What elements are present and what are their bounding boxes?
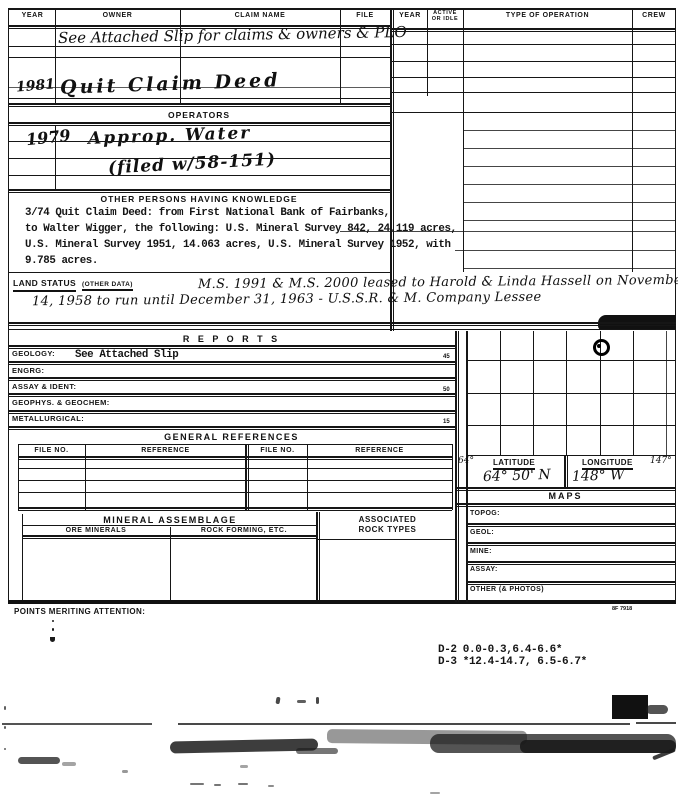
rule — [8, 87, 390, 88]
rule — [8, 103, 390, 107]
rule — [18, 456, 452, 460]
maps-row-label: OTHER (& PHOTOS) — [470, 586, 544, 594]
rule — [463, 130, 676, 131]
maps-row-label: TOPOG: — [470, 510, 500, 518]
marker-dot — [597, 344, 601, 348]
rule — [22, 514, 23, 602]
rule — [466, 425, 676, 426]
scan-artifact — [52, 628, 54, 631]
associated-rock-types-header: ASSOCIATED ROCK TYPES — [320, 515, 455, 536]
rule — [466, 455, 676, 456]
rule — [466, 523, 676, 527]
rule — [466, 581, 676, 585]
knowledge-typed-line: U.S. Mineral Survey 1951, 14.063 acres, … — [25, 239, 451, 251]
rule — [452, 444, 453, 510]
scan-artifact — [240, 765, 248, 768]
scan-artifact — [52, 620, 54, 622]
rule — [316, 512, 320, 602]
operation-col-crew: CREW — [632, 12, 676, 19]
rule — [245, 444, 249, 510]
report-row-label: GEOPHYS. & GEOCHEM: — [12, 399, 110, 408]
genref-col-file-no-1: FILE NO. — [18, 447, 85, 454]
rule — [392, 112, 676, 113]
rule — [18, 444, 19, 510]
rule — [466, 393, 676, 394]
maps-title: MAPS — [455, 491, 676, 501]
scan-artifact — [636, 722, 676, 724]
maps-row-label: GEOL: — [470, 529, 494, 537]
report-row-margin-number: 15 — [443, 419, 450, 425]
rule — [8, 322, 676, 326]
form-number: 8F 7918 — [612, 606, 632, 612]
maps-row-label: ASSAY: — [470, 566, 498, 574]
claims-col-year: YEAR — [10, 12, 55, 19]
rule — [18, 468, 452, 469]
scan-artifact — [430, 792, 440, 794]
scan-artifact — [296, 748, 338, 754]
rule — [18, 444, 452, 445]
scan-artifact — [316, 697, 319, 704]
rule — [8, 158, 390, 159]
points-meriting-attention-label: POINTS MERITING ATTENTION: — [14, 607, 145, 616]
rule — [8, 272, 390, 273]
land-status-handwritten-1: M.S. 1991 & M.S. 2000 leased to Harold &… — [198, 273, 678, 292]
rule — [18, 480, 452, 481]
rule — [463, 184, 676, 185]
rule — [8, 46, 390, 47]
scan-artifact — [18, 757, 60, 764]
rule — [392, 44, 676, 45]
rule — [8, 8, 676, 10]
rule — [18, 492, 452, 493]
scan-artifact — [238, 783, 248, 785]
scan-artifact — [612, 695, 648, 719]
rule — [466, 561, 676, 565]
note-typed-line-2: D-3 *12.4-14.7, 6.5-6.7* — [438, 656, 587, 668]
latitude-value-handwritten: 64° 50' N — [483, 467, 551, 485]
rule — [8, 329, 676, 330]
rule — [8, 57, 390, 58]
report-row-margin-number: 45 — [443, 354, 450, 360]
rule — [455, 503, 676, 507]
claims-entry-year: 1981 — [15, 76, 55, 95]
scan-artifact — [646, 705, 668, 714]
latitude-note-handwritten: 64° — [458, 456, 474, 466]
operation-col-active-idle: ACTIVE OR IDLE — [427, 10, 463, 22]
maps-row-label: MINE: — [470, 548, 492, 556]
rule — [8, 393, 455, 397]
rule — [8, 189, 390, 193]
general-references-title: GENERAL REFERENCES — [8, 432, 455, 442]
operation-col-year: YEAR — [393, 12, 427, 19]
rule — [340, 8, 341, 104]
report-row-label: GEOLOGY: — [12, 350, 55, 359]
rule — [455, 331, 459, 602]
knowledge-typed-line: 9.785 acres. — [25, 255, 98, 267]
mineral-assemblage-title: MINERAL ASSEMBLAGE — [22, 515, 318, 525]
rule — [18, 507, 452, 511]
rule — [85, 444, 86, 510]
rule — [463, 166, 676, 167]
scan-artifact — [4, 706, 6, 710]
reports-title: R E P O R T S — [8, 334, 455, 344]
rule — [463, 220, 676, 221]
rule — [564, 455, 568, 488]
report-row-label: ASSAY & IDENT: — [12, 383, 76, 392]
scan-artifact — [2, 723, 152, 725]
genref-col-reference-1: REFERENCE — [85, 447, 246, 454]
claims-col-claim-name: CLAIM NAME — [180, 12, 340, 19]
rule — [8, 175, 390, 176]
scan-artifact — [4, 748, 6, 750]
operators-entry-line1: Approp. Water — [88, 123, 252, 149]
rule — [632, 8, 633, 272]
genref-col-reference-2: REFERENCE — [307, 447, 452, 454]
scan-artifact — [297, 700, 306, 703]
longitude-note-handwritten: 147° — [650, 456, 672, 466]
rule — [8, 361, 455, 365]
rule — [8, 600, 676, 604]
land-status-sublabel: (OTHER DATA) — [82, 281, 133, 291]
rule — [8, 426, 455, 430]
rule — [318, 539, 455, 540]
rule — [392, 61, 676, 62]
rule — [392, 92, 676, 93]
rule — [427, 8, 428, 96]
rule — [463, 8, 464, 272]
land-status-handwritten-2: 14, 1958 to run until December 31, 1963 … — [32, 290, 542, 309]
rule — [466, 360, 676, 361]
claims-entry-text: Quit Claim Deed — [60, 69, 281, 99]
scanned-form-page: YEAR OWNER CLAIM NAME FILE See Attached … — [0, 0, 678, 808]
mineral-col-ore: ORE MINERALS — [22, 527, 170, 534]
knowledge-typed-line: to Walter Wigger, the following: U.S. Mi… — [25, 223, 457, 235]
knowledge-typed-line: 3/74 Quit Claim Deed: from First Nationa… — [25, 207, 390, 219]
rule — [8, 141, 390, 142]
rule — [8, 98, 390, 99]
note-typed-line-1: D-2 0.0-0.3,6.4-6.6* — [438, 644, 562, 656]
rule — [170, 527, 171, 602]
operators-entry-year: 1979 — [25, 126, 71, 150]
genref-col-file-no-2: FILE NO. — [248, 447, 307, 454]
claims-col-file: FILE — [340, 12, 390, 19]
mineral-col-rock-forming: ROCK FORMING, ETC. — [170, 527, 318, 534]
rule — [392, 77, 676, 78]
rule — [466, 542, 676, 546]
rule — [675, 8, 676, 603]
knowledge-title: OTHER PERSONS HAVING KNOWLEDGE — [8, 194, 390, 204]
scan-artifact — [268, 785, 274, 787]
scan-artifact — [62, 762, 76, 766]
rule — [307, 444, 308, 510]
rule — [8, 377, 455, 381]
scan-artifact — [122, 770, 128, 773]
longitude-value-handwritten: 148° W — [572, 467, 625, 485]
scan-artifact — [520, 740, 676, 753]
scan-artifact — [214, 784, 221, 786]
rule — [455, 250, 676, 251]
scan-artifact — [50, 637, 55, 642]
rule — [22, 525, 318, 526]
scan-artifact — [190, 783, 204, 785]
rule — [463, 268, 676, 269]
rule — [392, 28, 676, 32]
operators-title: OPERATORS — [8, 110, 390, 120]
land-status-label: LAND STATUS — [13, 279, 76, 292]
report-row-label: ENGRG: — [12, 367, 44, 376]
claims-col-owner: OWNER — [55, 12, 180, 19]
rule — [463, 202, 676, 203]
circled-dot-marker — [593, 339, 610, 356]
rule — [463, 148, 676, 149]
scan-artifact — [275, 697, 280, 705]
report-row-label: METALLURGICAL: — [12, 415, 84, 424]
operation-col-type: TYPE OF OPERATION — [463, 12, 632, 19]
scan-artifact — [178, 723, 630, 725]
scan-artifact — [4, 726, 6, 729]
